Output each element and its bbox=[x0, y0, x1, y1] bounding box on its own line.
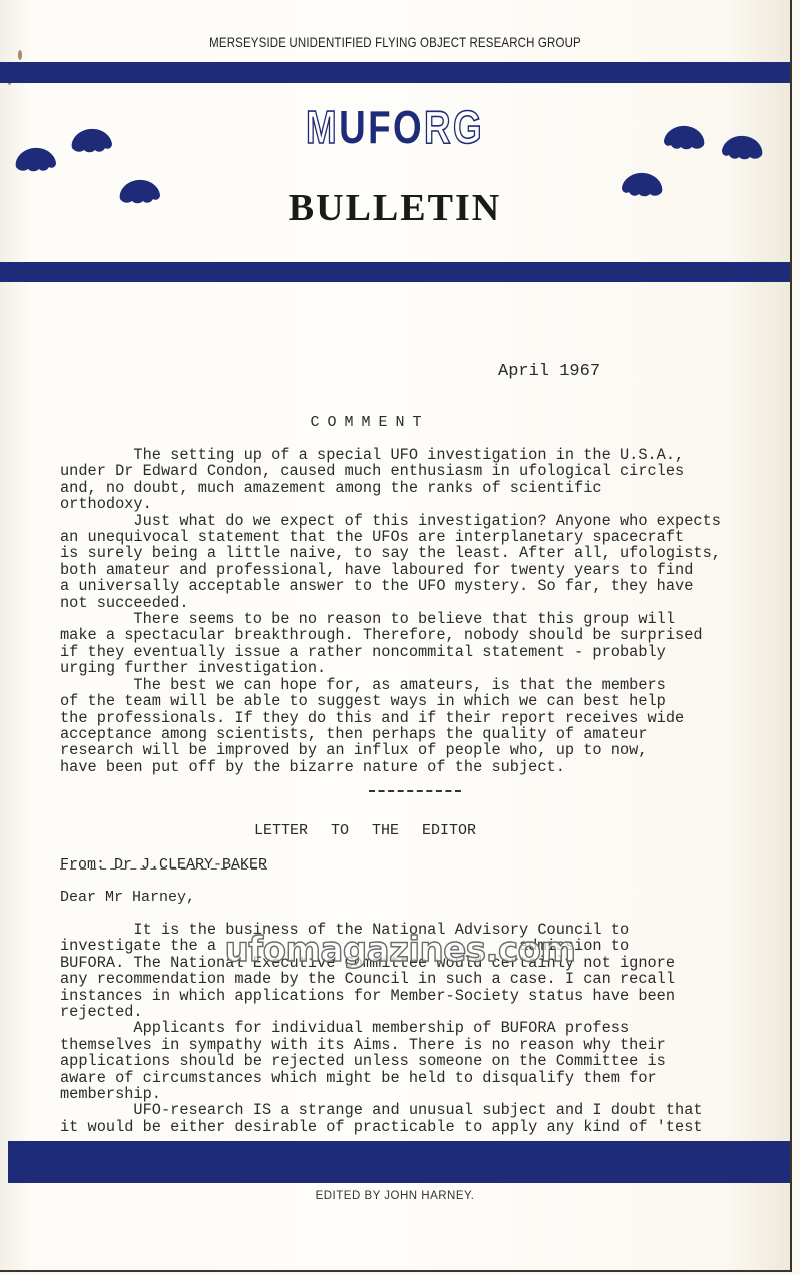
editor-credit: EDITED BY JOHN HARNEY. bbox=[0, 1190, 790, 1202]
watermark: ufomagazines.com bbox=[220, 930, 580, 970]
flying-saucer-icon bbox=[116, 177, 162, 207]
masthead-letter: F bbox=[368, 101, 393, 153]
masthead-letter: R bbox=[424, 101, 453, 153]
comment-body: The setting up of a special UFO investig… bbox=[60, 447, 795, 775]
comment-heading: COMMENT bbox=[0, 414, 765, 431]
masthead-letter: M bbox=[306, 101, 339, 153]
letter-heading: LETTER TO THE EDITOR bbox=[0, 822, 760, 839]
issue-date: April 1967 bbox=[498, 362, 600, 381]
paper-stain bbox=[18, 50, 22, 60]
masthead-letter: U bbox=[339, 101, 368, 153]
masthead-letter: G bbox=[453, 101, 484, 153]
footer-band bbox=[8, 1141, 790, 1183]
organization-name: MERSEYSIDE UNIDENTIFIED FLYING OBJECT RE… bbox=[71, 34, 719, 50]
letter-from: From: Dr J.CLEARY-BAKER bbox=[60, 856, 267, 873]
flying-saucer-icon bbox=[620, 170, 666, 200]
section-divider bbox=[369, 790, 461, 792]
bulletin-page: MERSEYSIDE UNIDENTIFIED FLYING OBJECT RE… bbox=[0, 0, 792, 1272]
flying-saucer-icon bbox=[68, 126, 114, 156]
flying-saucer-icon bbox=[720, 133, 766, 163]
masthead-bottom-band bbox=[0, 262, 790, 282]
top-band bbox=[0, 62, 790, 83]
masthead-title: MUFORG bbox=[79, 100, 711, 154]
flying-saucer-icon bbox=[662, 123, 708, 153]
masthead-letter: O bbox=[393, 101, 424, 153]
letter-salutation: Dear Mr Harney, bbox=[60, 889, 195, 906]
flying-saucer-icon bbox=[12, 145, 58, 175]
